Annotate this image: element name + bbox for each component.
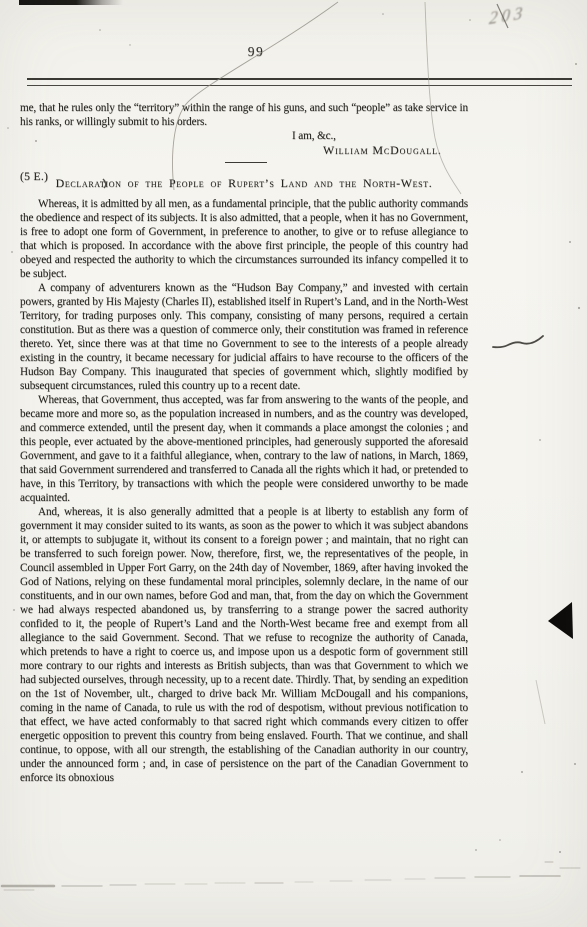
letter-continuation-text: me, that he rules only the “territory” w… bbox=[20, 101, 468, 129]
header-rule bbox=[27, 78, 572, 86]
letter-closing: I am, &c., bbox=[292, 129, 468, 143]
pencil-annotation: 203 bbox=[488, 3, 527, 29]
triangle-artifact bbox=[548, 602, 573, 639]
page-number: 99 bbox=[0, 44, 512, 60]
letter-signature: William McDougall. bbox=[323, 143, 468, 157]
scanned-document-page: 203 99 me, that he rules only the “terri… bbox=[0, 0, 587, 927]
scan-edge-artifact bbox=[19, 0, 123, 5]
declaration-paragraph-4: And, whereas, it is also generally admit… bbox=[20, 505, 468, 785]
page-content: me, that he rules only the “territory” w… bbox=[20, 101, 468, 785]
section-divider bbox=[225, 162, 267, 163]
declaration-paragraph-2: A company of adventurers known as the “H… bbox=[20, 281, 468, 393]
smudge-row-bottom bbox=[2, 862, 580, 890]
declaration-paragraph-1: Whereas, it is admitted by all men, as a… bbox=[20, 197, 468, 281]
declaration-paragraph-3: Whereas, that Government, thus accepted,… bbox=[20, 393, 468, 505]
section-mark: (5 E.) bbox=[20, 170, 48, 184]
pen-squiggle-mark bbox=[493, 336, 543, 347]
declaration-heading: Declaration of the People of Rupert’s La… bbox=[20, 176, 468, 190]
stray-mark-right-margin bbox=[536, 680, 545, 724]
declaration-heading-row: (5 E.) Declaration of the People of Rupe… bbox=[20, 166, 468, 190]
